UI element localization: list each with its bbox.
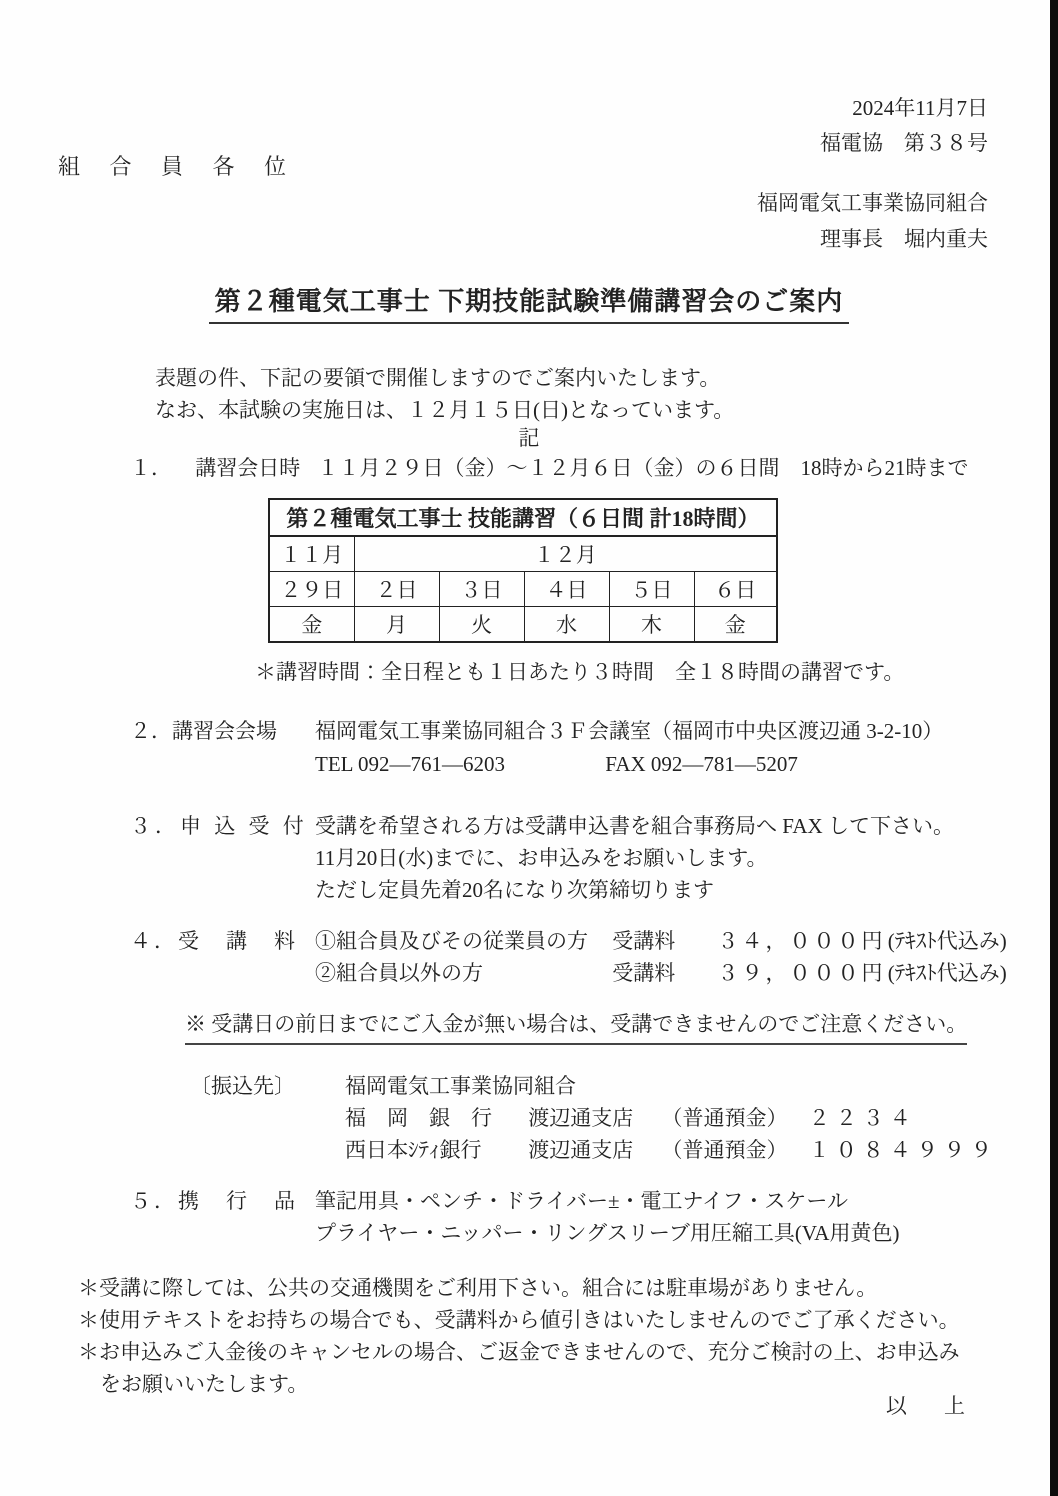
fee2-desc: ②組合員以外の方 [315, 957, 607, 989]
bank-org: 福岡電気工事業協同組合 [345, 1070, 576, 1102]
schedule-table: 第２種電気工事士 技能講習（６日間 計18時間） １１月 １２月 ２９日 ２日 … [268, 498, 778, 643]
item3-line-1: 受講を希望される方は受講申込書を組合事務局へ FAX して下さい。 [315, 810, 954, 842]
fee1-label: 受講料 [612, 925, 712, 957]
weekday-cell: 金 [694, 607, 777, 643]
weekday-cell: 木 [609, 607, 694, 643]
item1-number: １． [130, 456, 172, 480]
fee1-desc: ①組合員及びその従業員の方 [315, 925, 607, 957]
bank2-number: １０８４９９９ [809, 1138, 998, 1162]
payment-notice: ※ 受講日の前日までにご入金が無い場合は、受講できませんのでご注意ください。 [185, 1008, 967, 1045]
day-cell: ４日 [524, 572, 609, 607]
schedule-note: ＊講習時間：全日程とも１日あたり３時間 全１８時間の講習です。 [255, 656, 904, 688]
day-cell: ５日 [609, 572, 694, 607]
fee2-price: ３９，０００円 [718, 957, 883, 989]
table-weekday-row: 金 月 火 水 木 金 [269, 607, 777, 643]
bank-row-2: 西日本ｼﾃｨ銀行 渡辺通支店 （普通預金） １０８４９９９ [345, 1134, 998, 1166]
weekday-cell: 月 [354, 607, 439, 643]
day-cell: ６日 [694, 572, 777, 607]
ki-marker: 記 [0, 422, 1058, 454]
bank-label: 〔振込先〕 [190, 1070, 295, 1102]
fee1-price: ３４，０００円 [718, 925, 883, 957]
item3-line-3: ただし定員先着20名になり次第締切ります [315, 874, 714, 906]
bank1-branch: 渡辺通支店 [528, 1102, 656, 1134]
item3-label: ３．申 込 受 付 [130, 810, 308, 842]
item2-venue: 福岡電気工事業協同組合３Ｆ会議室（福岡市中央区渡辺通 3-2-10） [315, 715, 943, 747]
day-cell: ３日 [439, 572, 524, 607]
signer: 理事長 堀内重夫 [820, 223, 988, 255]
document-page: 2024年11月7日 福電協 第３８号 組 合 員 各 位 福岡電気工事業協同組… [0, 0, 1058, 1496]
footnote-2: ＊使用テキストをお持ちの場合でも、受講料から値引きはいたしませんのでご了承くださ… [78, 1304, 960, 1336]
fee1-note: (ﾃｷｽﾄ代込み) [888, 929, 1007, 953]
month-cell-dec: １２月 [354, 536, 777, 572]
item1-row: １． 講習会日時 １１月２９日（金）～１２月６日（金）の６日間 18時から21時… [130, 452, 969, 484]
bank-row-1: 福 岡 銀 行 渡辺通支店 （普通預金） ２２３４ [345, 1102, 917, 1134]
table-month-row: １１月 １２月 [269, 536, 777, 572]
item4-label: ４．受 講 料 [130, 925, 298, 957]
document-number: 福電協 第３８号 [820, 127, 988, 159]
addressee: 組 合 員 各 位 [58, 151, 298, 183]
item1-text: １１月２９日（金）～１２月６日（金）の６日間 18時から21時まで [318, 456, 969, 480]
item1-label: 講習会日時 [195, 456, 300, 480]
closing: 以 上 [886, 1390, 973, 1422]
item2-label: ２．講習会会場 [130, 715, 277, 747]
weekday-cell: 金 [269, 607, 354, 643]
bank1-number: ２２３４ [809, 1106, 917, 1130]
document-date: 2024年11月7日 [852, 92, 988, 124]
bank1-type: （普通預金） [662, 1102, 804, 1134]
schedule-table-wrap: 第２種電気工事士 技能講習（６日間 計18時間） １１月 １２月 ２９日 ２日 … [268, 498, 778, 643]
title-row: 第２種電気工事士 下期技能試験準備講習会のご案内 [0, 281, 1058, 324]
bank2-name: 西日本ｼﾃｨ銀行 [345, 1134, 523, 1166]
fee2-label: 受講料 [612, 957, 712, 989]
bank2-type: （普通預金） [662, 1134, 804, 1166]
weekday-cell: 水 [524, 607, 609, 643]
weekday-cell: 火 [439, 607, 524, 643]
month-cell-nov: １１月 [269, 536, 354, 572]
footnote-1: ＊受講に際しては、公共の交通機関をご利用下さい。組合には駐車場がありません。 [78, 1272, 877, 1304]
page-title: 第２種電気工事士 下期技能試験準備講習会のご案内 [209, 281, 850, 324]
item5-line-2: プライヤー・ニッパー・リングスリーブ用圧縮工具(VA用黄色) [315, 1217, 899, 1249]
footnote-3: ＊お申込みご入金後のキャンセルの場合、ご返金できませんので、充分ご検討の上、お申… [78, 1336, 960, 1368]
item2-fax: FAX 092—781—5207 [605, 752, 798, 776]
item2-contact-row: TEL 092—761—6203 FAX 092—781—5207 [315, 748, 798, 780]
org-name: 福岡電気工事業協同組合 [757, 187, 988, 219]
item5-line-1: 筆記用具・ペンチ・ドライバー±・電工ナイフ・スケール [315, 1185, 848, 1217]
table-title: 第２種電気工事士 技能講習（６日間 計18時間） [269, 499, 777, 536]
item4-row2: ②組合員以外の方 受講料 ３９，０００円 (ﾃｷｽﾄ代込み) [315, 957, 1007, 989]
item2-tel: TEL 092—761—6203 [315, 752, 505, 776]
day-cell: ２９日 [269, 572, 354, 607]
table-title-row: 第２種電気工事士 技能講習（６日間 計18時間） [269, 499, 777, 536]
footnote-4: をお願いいたします。 [100, 1368, 308, 1400]
item3-line-2: 11月20日(水)までに、お申込みをお願いします。 [315, 842, 768, 874]
fee2-note: (ﾃｷｽﾄ代込み) [888, 961, 1007, 985]
bank2-branch: 渡辺通支店 [528, 1134, 656, 1166]
table-day-row: ２９日 ２日 ３日 ４日 ５日 ６日 [269, 572, 777, 607]
day-cell: ２日 [354, 572, 439, 607]
item5-label: ５．携 行 品 [130, 1185, 298, 1217]
item4-row1: ①組合員及びその従業員の方 受講料 ３４，０００円 (ﾃｷｽﾄ代込み) [315, 925, 1007, 957]
bank1-name: 福 岡 銀 行 [345, 1102, 523, 1134]
scan-edge-artifact [1050, 0, 1058, 1496]
intro-line-1: 表題の件、下記の要領で開催しますのでご案内いたします。 [155, 362, 720, 394]
